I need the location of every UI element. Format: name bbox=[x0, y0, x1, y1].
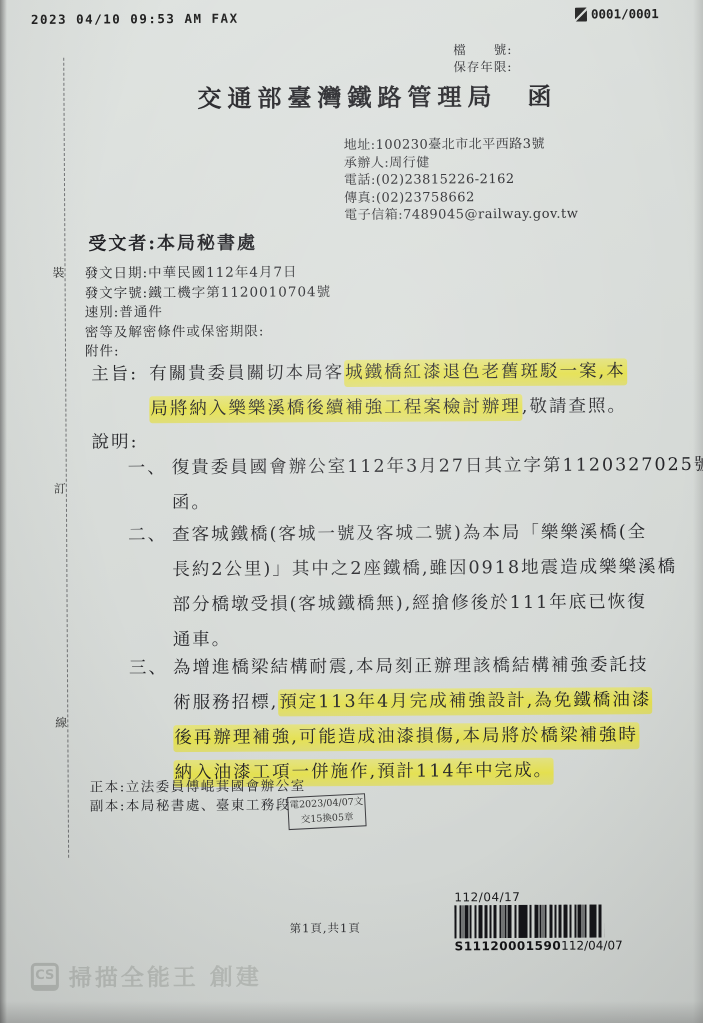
issue-date: 發文日期:中華民國112年4月7日 bbox=[84, 263, 331, 284]
camscanner-logo-icon: CS bbox=[31, 962, 59, 990]
sender-fax: 傳真:(02)23758662 bbox=[344, 188, 578, 207]
item-1-text: 復貴委員國會辦公室112年3月27日其立字第1120327025號函。 bbox=[172, 448, 703, 521]
item-2-text: 查客城鐵橋(客城一號及客城二號)為本局「樂樂溪橋(全長約2公里)」其中之2座鐵橋… bbox=[172, 515, 678, 658]
text-segment: 術服務招標, bbox=[173, 692, 278, 713]
subject-block: 主旨: 有關貴委員關切本局客城鐵橋紅漆退色老舊斑駁一案,本局將納入樂樂溪橋後續補… bbox=[91, 354, 627, 427]
barcode-group: 112/04/17 S11120001590 112/04/07 bbox=[454, 889, 604, 953]
text-segment: ,敬請查照。 bbox=[522, 396, 627, 417]
scanned-fax-document: 2023 04/10 09:53 AM FAX 0001/0001 檔 號: 保… bbox=[0, 0, 703, 1023]
barcode-caption: S11120001590 112/04/07 bbox=[455, 938, 605, 953]
copies-block: 正本:立法委員傅崐萁國會辦公室 副本:本局秘書處、臺東工務段 bbox=[90, 777, 306, 816]
document-content: 2023 04/10 09:53 AM FAX 0001/0001 檔 號: 保… bbox=[0, 0, 703, 1023]
text-segment: 為增進橋梁結構耐震,本局刻正辦理該橋結構補強委託技 bbox=[173, 655, 649, 678]
explanation-item-1: 一、 復貴委員國會辦公室112年3月27日其立字第1120327025號函。 bbox=[128, 448, 703, 522]
stamp-line-2: 交15換05章 bbox=[289, 809, 366, 828]
text-segment: 長約2公里)」其中之2座鐵橋,雖因0918地震造成樂樂溪橋 bbox=[172, 557, 677, 580]
original-recipient: 正本:立法委員傅崐萁國會辦公室 bbox=[90, 777, 306, 797]
text-segment: 通車。 bbox=[173, 630, 232, 650]
text-segment: 復貴委員國會辦公室112年3月27日其立字第1120327025號 bbox=[172, 455, 703, 478]
item-1-number: 一、 bbox=[128, 451, 167, 486]
barcode-date: 112/04/07 bbox=[561, 938, 623, 952]
highlighted-text-segment: 預定113年4月完成補強設計,為免鐵橋油漆 bbox=[278, 687, 652, 716]
security-class: 密等及解密條件或保密期限: bbox=[85, 322, 332, 343]
copy-recipients: 副本:本局秘書處、臺東工務段 bbox=[90, 796, 306, 816]
text-segment: 有關貴委員關切本局客 bbox=[149, 363, 344, 384]
sender-address: 地址:100230臺北市北平西路3號 bbox=[344, 136, 578, 155]
subject-label: 主旨: bbox=[91, 357, 138, 392]
explanation-item-3: 三、 為增進橋梁結構耐震,本局刻正辦理該橋結構補強委託技術服務招標,預定113年… bbox=[129, 648, 653, 791]
item-3-number: 三、 bbox=[129, 651, 168, 686]
binding-mark-xian: 線 bbox=[55, 714, 67, 731]
fax-page-icon bbox=[575, 7, 587, 21]
speed-class: 速別:普通件 bbox=[85, 302, 332, 323]
item-3-text: 為增進橋梁結構耐震,本局刻正辦理該橋結構補強委託技術服務招標,預定113年4月完… bbox=[173, 648, 653, 791]
retention-period-label: 保存年限: bbox=[453, 58, 512, 75]
file-number-label: 檔 號: bbox=[453, 41, 512, 58]
binding-mark-zhuang: 裝 bbox=[52, 264, 64, 281]
sender-phone: 電話:(02)23815226-2162 bbox=[344, 171, 578, 190]
file-number-block: 檔 號: 保存年限: bbox=[453, 41, 512, 75]
text-segment: 查客城鐵橋(客城一號及客城二號)為本局「樂樂溪橋(全 bbox=[172, 522, 647, 545]
binding-dashed-line bbox=[63, 58, 69, 858]
explanation-item-2: 二、 查客城鐵橋(客城一號及客城二號)為本局「樂樂溪橋(全長約2公里)」其中之2… bbox=[128, 515, 678, 658]
sender-contact-block: 地址:100230臺北市北平西路3號 承辦人:周行健 電話:(02)238152… bbox=[344, 136, 579, 225]
highlighted-text-segment: 城鐵橋紅漆退色老舊斑駁一案,本 bbox=[344, 358, 627, 387]
issue-number: 發文字號:鐵工機字第1120010704號 bbox=[85, 283, 332, 304]
binding-mark-ding: 訂 bbox=[54, 480, 66, 497]
receipt-stamp: 電2023/04/07文 交15換05章 bbox=[287, 793, 367, 830]
sender-email: 電子信箱:7489045@railway.gov.tw bbox=[344, 206, 578, 225]
document-title: 交通部臺灣鐵路管理局 函 bbox=[147, 76, 607, 114]
fax-timestamp: 2023 04/10 09:53 AM FAX bbox=[31, 11, 239, 27]
sender-contact-person: 承辦人:周行健 bbox=[344, 153, 578, 172]
highlighted-text-segment: 後再辦理補強,可能造成油漆損傷,本局將於橋梁補強時 bbox=[173, 722, 639, 752]
subject-text: 有關貴委員關切本局客城鐵橋紅漆退色老舊斑駁一案,本局將納入樂樂溪橋後續補強工程案… bbox=[149, 354, 627, 427]
fax-page-count: 0001/0001 bbox=[591, 6, 659, 21]
watermark-text: 掃描全能王 創建 bbox=[69, 959, 262, 993]
barcode bbox=[454, 904, 604, 938]
fax-page-counter: 0001/0001 bbox=[575, 6, 659, 22]
highlighted-text-segment: 局將納入樂樂溪橋後續補強工程案檢討辦理 bbox=[149, 394, 522, 423]
document-meta-block: 發文日期:中華民國112年4月7日 發文字號:鐵工機字第1120010704號 … bbox=[84, 263, 331, 362]
barcode-value: S11120001590 bbox=[455, 939, 562, 954]
scanner-watermark: CS 掃描全能王 創建 bbox=[31, 959, 262, 993]
page-number-text: 第1頁,共1頁 bbox=[289, 920, 360, 936]
item-2-number: 二、 bbox=[128, 518, 167, 553]
text-segment: 函。 bbox=[172, 493, 211, 513]
text-segment: 部分橋墩受損(客城鐵橋無),經搶修後於111年底已恢復 bbox=[173, 592, 647, 615]
recipient-line: 受文者:本局秘書處 bbox=[88, 229, 257, 256]
barcode-top-date: 112/04/17 bbox=[454, 889, 604, 904]
